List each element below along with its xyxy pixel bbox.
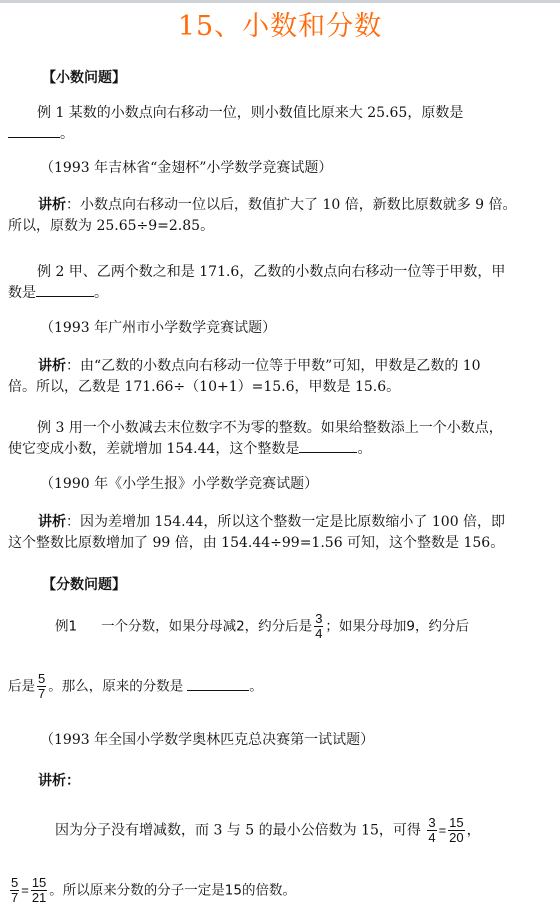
example-3-line1: 例 3 用一个小数减去末位数字不为零的整数。如果给整数添上一个小数点，	[37, 418, 503, 438]
analysis-label: 讲析	[38, 358, 66, 374]
fraction-15-20: 1520	[448, 816, 464, 845]
fraction-analysis-line1: 因为分子没有增减数，而 3 与 5 的最小公倍数为 15，可得 34=1520，	[55, 816, 481, 845]
example-2-line2: 数是。	[8, 283, 108, 303]
example-3-line2: 使它变成小数，差就增加 154.44，这个整数是。	[8, 439, 371, 459]
fraction-example-source: （1993 年全国小学数学奥林匹克总决赛第一试试题）	[40, 730, 374, 750]
example-2-line1: 例 2 甲、乙两个数之和是 171.6，乙数的小数点向右移动一位等于甲数，甲	[37, 262, 505, 282]
fraction-15-21: 1521	[31, 876, 47, 905]
example-3-analysis-line1: 讲析：因为差增加 154.44，所以这个整数一定是比原数缩小了 100 倍，即	[38, 512, 505, 532]
example-2-analysis-line2: 倍。所以，乙数是 171.66÷（10+1）=15.6，甲数是 15.6。	[8, 377, 400, 397]
page-title: 15、小数和分数	[0, 4, 560, 43]
fraction-example-line1: 例1一个分数，如果分母减2，约分后是34；如果分母加9，约分后	[55, 612, 469, 641]
fraction-analysis-line2: 57=1521。所以原来分数的分子一定是15的倍数。	[8, 876, 296, 905]
fraction-5-7: 57	[37, 672, 46, 701]
fraction-5-7: 57	[10, 876, 19, 905]
fraction-example-line2: 后是57。那么，原来的分数是。	[8, 672, 263, 701]
example-2-source: （1993 年广州市小学数学竞赛试题）	[40, 318, 276, 338]
example-1-analysis-line1: 讲析：小数点向右移动一位以后，数值扩大了 10 倍，新数比原数就多 9 倍。	[38, 195, 517, 215]
section-heading-decimals: 【小数问题】	[42, 67, 126, 87]
fraction-analysis-label: 讲析：	[38, 771, 80, 791]
example-3-source: （1990 年《小学生报》小学数学竞赛试题）	[40, 474, 318, 494]
analysis-label: 讲析	[38, 197, 66, 213]
example-2-analysis-line1: 讲析：由“乙数的小数点向右移动一位等于甲数”可知，甲数是乙数的 10	[38, 356, 481, 376]
answer-blank	[187, 678, 249, 691]
example-3-analysis-line2: 这个整数比原数增加了 99 倍，由 154.44÷99=1.56 可知，这个整数…	[8, 533, 504, 553]
example-1-line2: 。	[8, 124, 74, 144]
section-heading-fractions: 【分数问题】	[42, 574, 126, 594]
answer-blank	[8, 125, 60, 138]
example-1-analysis-line2: 所以，原数为 25.65÷9=2.85。	[8, 216, 214, 236]
fraction-3-4: 34	[314, 612, 323, 641]
example-1-line1: 例 1 某数的小数点向右移动一位，则小数值比原来大 25.65，原数是	[37, 103, 463, 123]
answer-blank	[36, 284, 94, 297]
example-1-source: （1993 年吉林省“金翅杯”小学数学竞赛试题）	[40, 158, 332, 178]
answer-blank	[299, 440, 357, 453]
analysis-label: 讲析	[38, 514, 66, 530]
fraction-3-4: 34	[427, 816, 436, 845]
example-label: 例1	[55, 619, 77, 635]
top-border	[0, 0, 560, 3]
